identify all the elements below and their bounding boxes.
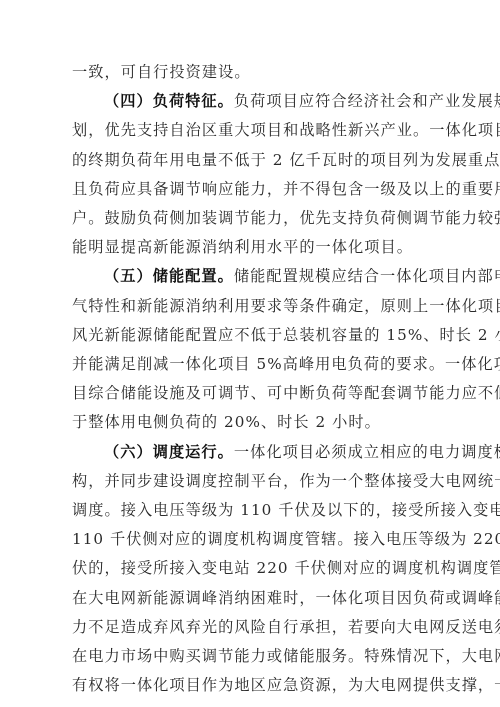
- paragraph-dispatch-operation: （六）调度运行。一体化项目必须成立相应的电力调度机 构，并同步建设调度控制平台，…: [72, 438, 434, 701]
- text-line: 目综合储能设施及可调节、可中断负荷等配套调节能力应不低: [72, 379, 434, 408]
- text-line: 调度。接入电压等级为 110 千伏及以下的，接受所接入变电站: [72, 496, 434, 525]
- document-page: 一致，可自行投资建设。 （四）负荷特征。负荷项目应符合经济社会和产业发展规 划，…: [0, 0, 500, 707]
- text-line: 户。鼓励负荷侧加装调节能力，优先支持负荷侧调节能力较强，: [72, 204, 434, 233]
- text-line: 并能满足削减一体化项目 5%高峰用电负荷的要求。一体化项: [72, 350, 434, 379]
- paragraph-load-characteristics: （四）负荷特征。负荷项目应符合经济社会和产业发展规 划，优先支持自治区重大项目和…: [72, 87, 434, 262]
- text-line: 力不足造成弃风弃光的风险自行承担，若要向大电网反送电须: [72, 613, 434, 642]
- text-line: 一致，可自行投资建设。: [72, 58, 434, 87]
- paragraph-continuation: 一致，可自行投资建设。: [72, 58, 434, 87]
- section-heading-load-characteristics: （四）负荷特征。: [104, 92, 234, 110]
- text-line: 于整体用电侧负荷的 20%、时长 2 小时。: [72, 408, 434, 437]
- text-line: 在大电网新能源调峰消纳困难时，一体化项目因负荷或调峰能: [72, 584, 434, 613]
- text-line: 在电力市场中购买调节能力或储能服务。特殊情况下，大电网: [72, 642, 434, 671]
- paragraph-energy-storage: （五）储能配置。储能配置规模应结合一体化项目内部电 气特性和新能源消纳利用要求等…: [72, 262, 434, 437]
- text-line-first: （六）调度运行。一体化项目必须成立相应的电力调度机: [72, 438, 434, 467]
- text-line: 构，并同步建设调度控制平台，作为一个整体接受大电网统一: [72, 467, 434, 496]
- text-line: 有权将一体化项目作为地区应急资源，为大电网提供支撑，一: [72, 671, 434, 700]
- section-heading-energy-storage: （五）储能配置。: [104, 267, 234, 285]
- text-line: 的终期负荷年用电量不低于 2 亿千瓦时的项目列为发展重点，: [72, 146, 434, 175]
- text-line-first: （五）储能配置。储能配置规模应结合一体化项目内部电: [72, 262, 434, 291]
- text-line: 110 千伏侧对应的调度机构调度管辖。接入电压等级为 220 千: [72, 525, 434, 554]
- text-line: 风光新能源储能配置应不低于总装机容量的 15%、时长 2 小时，: [72, 321, 434, 350]
- text-run: 一体化项目必须成立相应的电力调度机: [234, 443, 500, 461]
- text-run: 负荷项目应符合经济社会和产业发展规: [234, 92, 500, 110]
- text-line-first: （四）负荷特征。负荷项目应符合经济社会和产业发展规: [72, 87, 434, 116]
- document-body: 一致，可自行投资建设。 （四）负荷特征。负荷项目应符合经济社会和产业发展规 划，…: [72, 58, 434, 700]
- text-line: 划，优先支持自治区重大项目和战略性新兴产业。一体化项目: [72, 116, 434, 145]
- text-line: 气特性和新能源消纳利用要求等条件确定，原则上一体化项目: [72, 292, 434, 321]
- text-line: 且负荷应具备调节响应能力，并不得包含一级及以上的重要用: [72, 175, 434, 204]
- text-run: 储能配置规模应结合一体化项目内部电: [234, 267, 500, 285]
- text-line: 伏的，接受所接入变电站 220 千伏侧对应的调度机构调度管辖。: [72, 554, 434, 583]
- text-line: 能明显提高新能源消纳利用水平的一体化项目。: [72, 233, 434, 262]
- section-heading-dispatch-operation: （六）调度运行。: [104, 443, 234, 461]
